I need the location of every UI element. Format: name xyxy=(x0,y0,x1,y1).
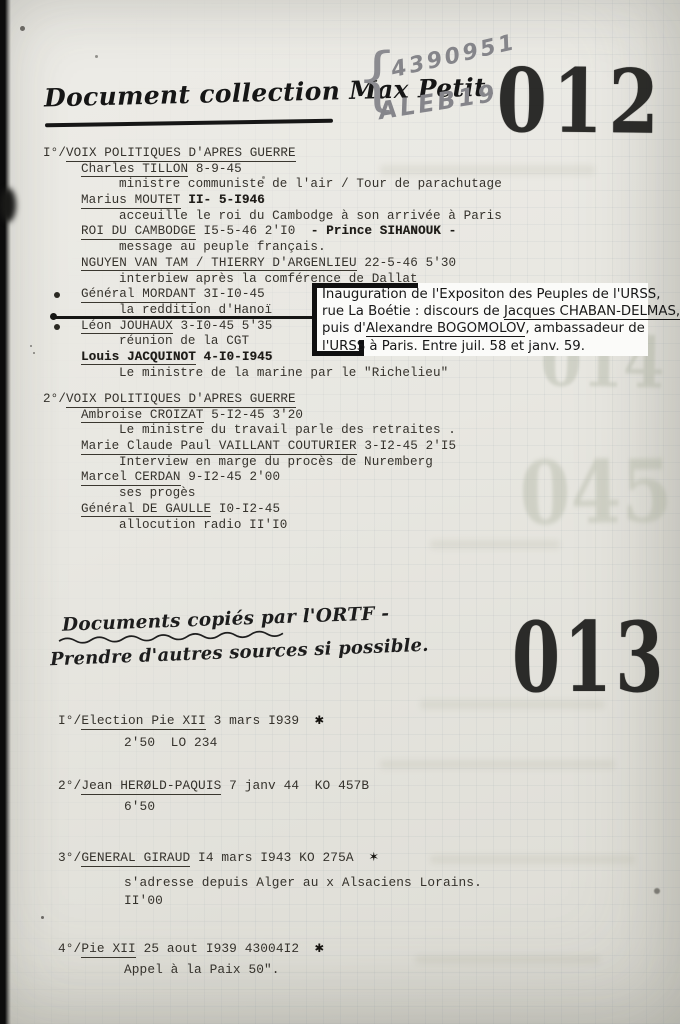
typed-line: II'00 xyxy=(58,893,163,909)
typed-line: 4°/Pie XII 25 aout I939 43004I2 ✱ xyxy=(58,938,324,954)
typed-line: 2'50 LO 234 xyxy=(58,735,217,751)
annotation-line: l'URSS à Paris. Entre juil. 58 et janv. … xyxy=(322,338,652,355)
text-segment: Le ministre du travail parle des retrait… xyxy=(119,423,456,437)
text-segment: 4°/ xyxy=(58,941,81,956)
text-segment: l'URSS à Paris. Entre juil. 58 et janv. … xyxy=(322,339,585,354)
asterisk-mark: ✱ xyxy=(315,940,324,957)
text-segment: 3 mars I939 xyxy=(206,713,315,728)
text-segment: 22-5-46 5'30 xyxy=(357,256,457,270)
bleed-smudge xyxy=(430,855,635,864)
typed-line: 3°/GENERAL GIRAUD I4 mars I943 KO 275A ✶ xyxy=(58,847,378,863)
text-segment: Léon JOUHAUX xyxy=(81,319,173,335)
paper-speck xyxy=(95,55,98,58)
text-segment: Appel à la Paix 50". xyxy=(124,962,280,977)
text-segment: ses progès xyxy=(119,486,196,500)
typed-line: ministre communiste de l'air / Tour de p… xyxy=(43,177,502,193)
annotation-text: Inauguration de l'Expositon des Peuples … xyxy=(322,286,652,355)
text-segment: 4-I0-I945 xyxy=(196,350,273,364)
text-segment: 3°/ xyxy=(58,850,81,865)
text-segment: 7 janv 44 KO 457B xyxy=(221,778,369,793)
text-segment: Alexandre BOGOMOLOV xyxy=(366,321,526,337)
paper-speck xyxy=(654,888,660,894)
text-segment: 6'50 xyxy=(124,799,155,814)
text-segment: 2°/ xyxy=(58,778,81,793)
text-segment: Marcel CERDAN xyxy=(81,470,181,486)
typed-line: Le ministre de la marine par le "Richeli… xyxy=(43,366,502,382)
typed-line: Interview en marge du procès de Nurember… xyxy=(43,455,456,471)
text-segment: 3-I2-45 2'I5 xyxy=(357,439,457,453)
annotation-line: Inauguration de l'Expositon des Peuples … xyxy=(322,286,652,303)
typed-line: Charles TILLON 8-9-45 xyxy=(43,162,502,178)
text-segment: Inauguration de l'Expositon des Peuples … xyxy=(322,287,660,302)
text-segment: II'00 xyxy=(124,893,163,908)
text-segment: GENERAL GIRAUD xyxy=(81,850,190,867)
text-segment: I4 mars I943 KO 275A xyxy=(190,850,369,865)
text-segment: acceuille le roi du Cambodge à son arriv… xyxy=(119,209,502,223)
ghost-stamp-045: 045 xyxy=(519,449,673,538)
typed-line: I°/VOIX POLITIQUES D'APRES GUERRE xyxy=(43,146,502,162)
typed-line: Le ministre du travail parle des retrait… xyxy=(43,423,456,439)
typed-line: s'adresse depuis Alger au x Alsaciens Lo… xyxy=(58,875,482,891)
text-segment: puis d' xyxy=(322,321,366,336)
typed-line: ses progès xyxy=(43,486,456,502)
typed-line: I°/Election Pie XII 3 mars I939 ✱ xyxy=(58,710,324,726)
text-segment: VOIX POLITIQUES D'APRES GUERRE xyxy=(66,146,296,162)
text-segment: Marie Claude Paul VAILLANT COUTURIER xyxy=(81,439,357,455)
annotation-line: puis d'Alexandre BOGOMOLOV, ambassadeur … xyxy=(322,320,652,337)
text-segment: ROI DU CAMBODGE xyxy=(81,224,196,240)
typed-line: Marie Claude Paul VAILLANT COUTURIER 3-I… xyxy=(43,439,456,455)
text-segment: allocution radio II'I0 xyxy=(119,518,287,532)
typed-line: Ambroise CROIZAT 5-I2-45 3'20 xyxy=(43,408,456,424)
text-segment: Charles TILLON xyxy=(81,162,188,178)
typed-line: allocution radio II'I0 xyxy=(43,518,456,534)
typed-line: Marius MOUTET II- 5-I946 xyxy=(43,193,502,209)
asterisk-mark: ✱ xyxy=(315,712,324,729)
text-segment: , ambassadeur de xyxy=(525,321,645,336)
scan-edge-shadow xyxy=(0,0,11,1024)
handwritten-title-underline xyxy=(45,119,333,128)
text-segment: Le ministre de la marine par le "Richeli… xyxy=(119,366,448,380)
text-segment: ministre communiste de l'air / Tour de p… xyxy=(119,177,502,191)
text-segment: 9-I2-45 2'00 xyxy=(181,470,281,484)
text-segment: 5-I2-45 3'20 xyxy=(204,408,304,422)
asterisk-mark: ✶ xyxy=(369,849,378,866)
page-number-stamp-012: 012 xyxy=(496,56,664,146)
bleed-smudge xyxy=(430,540,560,549)
text-segment: 2'50 LO 234 xyxy=(124,735,217,750)
text-segment: 8-9-45 xyxy=(188,162,242,176)
typed-line: Appel à la Paix 50". xyxy=(58,962,280,978)
text-segment: I5-5-46 2'I0 xyxy=(196,224,311,238)
typed-line: Marcel CERDAN 9-I2-45 2'00 xyxy=(43,470,456,486)
text-segment: VOIX POLITIQUES D'APRES GUERRE xyxy=(66,392,296,408)
text-segment: Général MORDANT xyxy=(81,287,196,303)
annotation-line: rue La Boétie : discours de Jacques CHAB… xyxy=(322,303,652,320)
typed-line: acceuille le roi du Cambodge à son arriv… xyxy=(43,209,502,225)
bleed-smudge xyxy=(380,760,615,769)
text-segment: message au peuple français. xyxy=(119,240,326,254)
text-segment: II- 5-I946 xyxy=(181,193,265,207)
typed-line: 6'50 xyxy=(58,799,155,815)
scan-edge-blob xyxy=(0,188,16,222)
text-segment: Pie XII xyxy=(81,941,135,958)
annotation-connector-line xyxy=(55,316,313,319)
paper-speck xyxy=(30,345,32,347)
text-segment: Interview en marge du procès de Nurember… xyxy=(119,455,433,469)
text-segment: rue La Boétie : discours de xyxy=(322,304,504,319)
text-segment: Jacques CHABAN-DELMAS, xyxy=(504,304,680,320)
typed-line: Général DE GAULLE I0-I2-45 xyxy=(43,502,456,518)
text-segment: s'adresse depuis Alger au x Alsaciens Lo… xyxy=(124,875,482,890)
typed-line: 2°/Jean HERØLD-PAQUIS 7 janv 44 KO 457B xyxy=(58,778,369,794)
text-segment: 3I-I0-45 xyxy=(196,287,265,301)
scanned-document-page: 014 045 Document collection Max Petit. {… xyxy=(0,0,680,1024)
paper-speck xyxy=(41,916,44,919)
typed-line: NGUYEN VAN TAM / THIERRY D'ARGENLIEU 22-… xyxy=(43,256,502,272)
text-segment: Louis JACQUINOT xyxy=(81,350,196,366)
text-segment: la reddition d'Hanoï xyxy=(119,303,272,317)
text-segment: I0-I2-45 xyxy=(211,502,280,516)
annotation-box-border xyxy=(312,283,317,356)
text-segment: Ambroise CROIZAT xyxy=(81,408,204,424)
text-segment: Général DE GAULLE xyxy=(81,502,211,518)
text-segment: réunion de la CGT xyxy=(119,334,249,348)
text-segment: I°/ xyxy=(43,146,66,160)
text-segment: Marius MOUTET xyxy=(81,193,181,209)
text-segment: 2°/ xyxy=(43,392,66,406)
text-segment: Jean HERØLD-PAQUIS xyxy=(81,778,221,795)
paper-speck xyxy=(33,352,35,354)
text-segment: - Prince SIHANOUK - xyxy=(311,224,457,238)
text-segment: I°/ xyxy=(58,713,81,728)
paper-speck xyxy=(20,26,25,31)
typed-line: message au peuple français. xyxy=(43,240,502,256)
bleed-smudge xyxy=(415,955,600,964)
typed-line: ROI DU CAMBODGE I5-5-46 2'I0 - Prince SI… xyxy=(43,224,502,240)
text-segment: 25 aout I939 43004I2 xyxy=(136,941,315,956)
typed-section-voix-2: 2°/VOIX POLITIQUES D'APRES GUERREAmbrois… xyxy=(43,392,456,533)
text-segment: NGUYEN VAN TAM / THIERRY D'ARGENLIEU xyxy=(81,256,357,272)
text-segment: Election Pie XII xyxy=(81,713,205,730)
typed-line: 2°/VOIX POLITIQUES D'APRES GUERRE xyxy=(43,392,456,408)
page-number-stamp-013: 013 xyxy=(512,610,667,706)
text-segment: 3-I0-45 5'35 xyxy=(173,319,273,333)
